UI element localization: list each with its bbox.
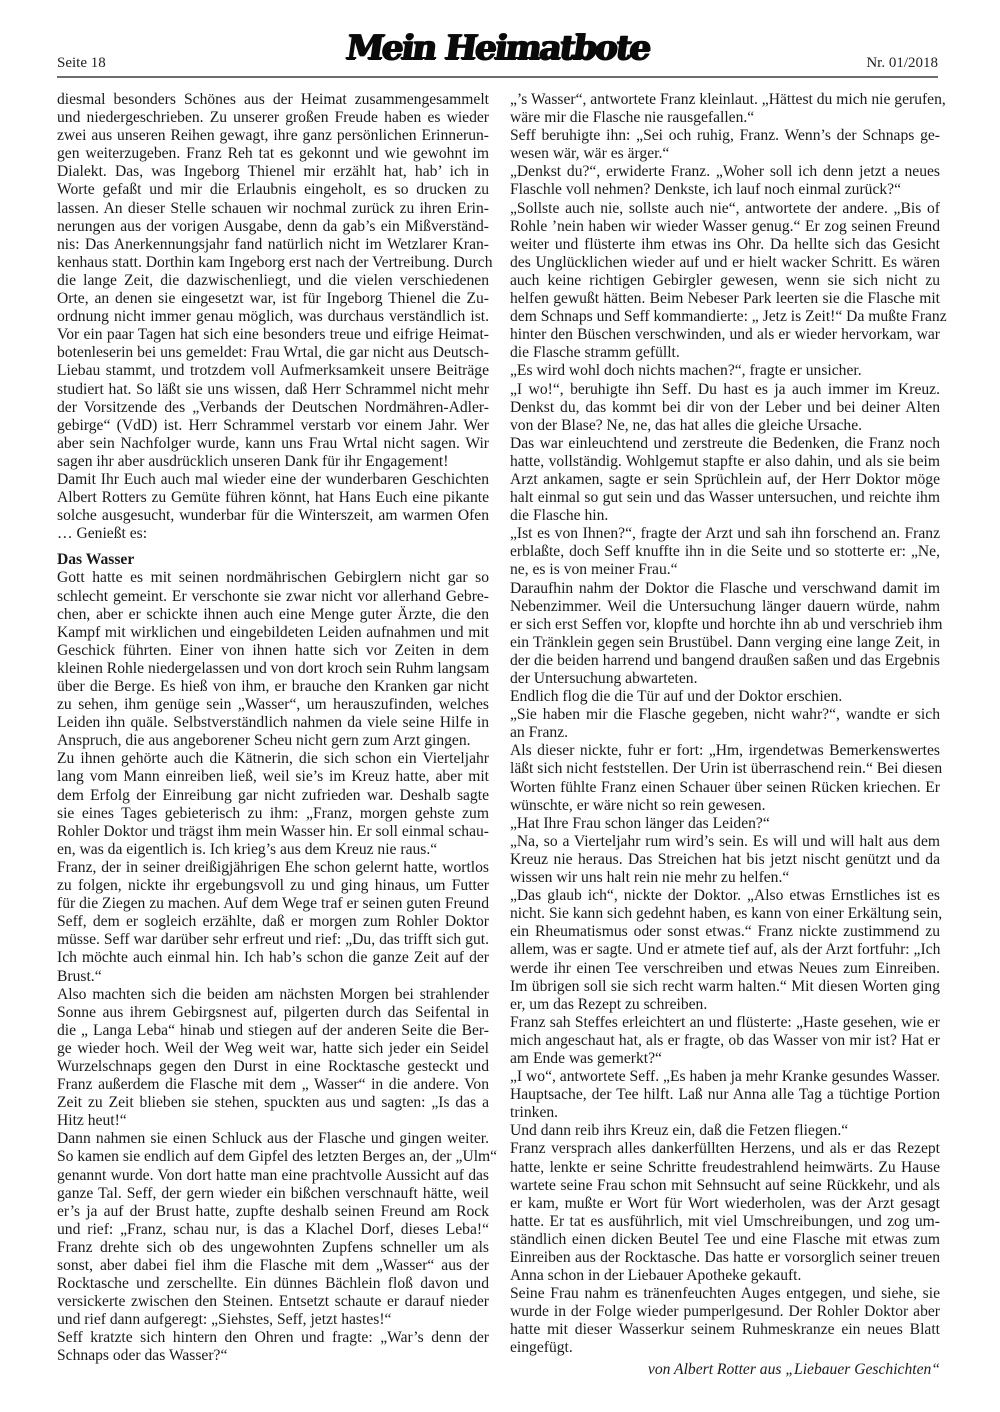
text-line: Also machten sich die beiden am nächsten…	[57, 986, 489, 1004]
text-line: wissen wir uns halt rein nie mehr zu hel…	[510, 869, 940, 887]
text-line: über die Berge. Es hieß von ihm, er brau…	[57, 678, 489, 696]
text-line: wäre mir die Flasche nie rausgefallen.“	[510, 109, 940, 127]
text-line: Seine Frau nahm es tränenfeuchten Auges …	[510, 1285, 940, 1303]
paragraph: Also machten sich die beiden am nächsten…	[57, 986, 489, 1131]
text-line: Albert Rotters zu Gemüte führen könnt, h…	[57, 489, 489, 507]
text-line: Seff beruhigte ihn: „Sei och ruhig, Fran…	[510, 127, 940, 145]
paragraph: „I wo!“, beruhigte ihn Seff. Du hast es …	[510, 381, 940, 435]
text-line: ordnung nicht immer genau möglich, was d…	[57, 308, 489, 326]
text-line: zu folgen, nickte ihr ergebungsvoll zu u…	[57, 877, 489, 895]
text-line: für die Ziegen zu machen. Auf dem Wege t…	[57, 895, 489, 913]
paragraph: Seff kratzte sich hintern den Ohren und …	[57, 1329, 489, 1365]
paragraph: Zu ihnen gehörte auch die Kätnerin, die …	[57, 750, 489, 859]
masthead-logo: Mein Heimatbote	[343, 28, 652, 68]
text-line: „Sie haben mir die Flasche gegeben, nich…	[510, 706, 940, 724]
paragraph: „Denkst du?“, erwiderte Franz. „Woher so…	[510, 163, 940, 199]
text-line: „I wo!“, beruhigte ihn Seff. Du hast es …	[510, 381, 940, 399]
text-line: sonst, aber dabei fiel ihm die Flasche m…	[57, 1257, 489, 1275]
text-line: hatte, lenkte er seine Schritte freudest…	[510, 1159, 940, 1177]
text-line: Orte, an denen sie eingesetzt war, ist f…	[57, 290, 489, 308]
text-line: Damit Ihr Euch auch mal wieder eine der …	[57, 471, 489, 489]
text-line: ein Rheumatismus oder sonst etwas.“ Fran…	[510, 923, 940, 941]
text-line: Zu ihnen gehörte auch die Kätnerin, die …	[57, 750, 489, 768]
story-text-right: „’s Wasser“, antwortete Franz kleinlaut.…	[510, 91, 940, 1358]
paragraph: Damit Ihr Euch auch mal wieder eine der …	[57, 471, 489, 543]
text-line: hatte mit dieser Wasserkur seinem Ruhmes…	[510, 1321, 940, 1339]
text-line: Rohler Doktor und trägst ihm mein Wasser…	[57, 823, 489, 841]
text-line: Hauptsache, der Tee hilft. Laß nur Anna …	[510, 1086, 940, 1104]
text-line: an Franz.	[510, 724, 940, 742]
text-line: die lange Zeit, die dazwischenliegt, und…	[57, 272, 489, 290]
text-line: Und dann reib ihrs Kreuz ein, daß die Fe…	[510, 1122, 940, 1140]
text-line: „Denkst du?“, erwiderte Franz. „Woher so…	[510, 163, 940, 181]
text-line: Als dieser nickte, fuhr er fort: „Hm, ir…	[510, 742, 940, 760]
paragraph: Und dann reib ihrs Kreuz ein, daß die Fe…	[510, 1122, 940, 1140]
text-line: wesen wär, wär es ärger.“	[510, 145, 940, 163]
text-line: läßt sich nicht feststellen. Der Urin is…	[510, 760, 940, 778]
text-line: nis: Das Anerkennungsjahr fand natürlich…	[57, 236, 489, 254]
paragraph: „Sollste auch nie, sollste auch nie“, an…	[510, 200, 940, 363]
text-line: zu sehen, ihm genüge sein „Wasser“, um h…	[57, 696, 489, 714]
text-line: sie eines Tages gebieterisch zu ihm: „Fr…	[57, 805, 489, 823]
story-title: Das Wasser	[57, 551, 489, 569]
text-line: halt einmal so gut sein und das Wasser u…	[510, 489, 940, 507]
text-line: ein Tränklein gegen sein Brustübel. Dann…	[510, 634, 940, 652]
text-line: Zeit zu Zeit blieben sie stehen, spuckte…	[57, 1094, 489, 1112]
text-line: werde ihr einen Tee verschreiben und etw…	[510, 960, 940, 978]
text-line: auch keine richtigen Gebirgler gewesen, …	[510, 272, 940, 290]
text-line: schlecht gemeint. Er verschonte sie zwar…	[57, 588, 489, 606]
text-line: Sonne aus ihrem Gebirgsnest auf, pilgert…	[57, 1004, 489, 1022]
text-line: am Ende was gemerkt?“	[510, 1050, 940, 1068]
text-line: diesmal besonders Schönes aus der Heimat…	[57, 91, 489, 109]
text-line: Gott hatte es mit seinen nordmährischen …	[57, 569, 489, 587]
text-line: chen, aber er schickte ihnen auch eine M…	[57, 606, 489, 624]
text-line: Franz außerdem die Flasche mit dem „ Was…	[57, 1076, 489, 1094]
text-line: aber sein Nachfolger wurde, kann uns Fra…	[57, 435, 489, 453]
paragraph: Dann nahmen sie einen Schluck aus der Fl…	[57, 1130, 489, 1329]
text-line: Rocktasche und zerschellte. Ein dünnes B…	[57, 1275, 489, 1293]
paragraph: Als dieser nickte, fuhr er fort: „Hm, ir…	[510, 742, 940, 814]
text-line: Seff kratzte sich hintern den Ohren und …	[57, 1329, 489, 1347]
text-line: kleinen Rohle niedergelassen und von dor…	[57, 660, 489, 678]
paragraph: „Das glaub ich“, nickte der Doktor. „Als…	[510, 887, 940, 1014]
text-line: die Flasche stramm gefüllt.	[510, 344, 940, 362]
paragraph: Seff beruhigte ihn: „Sei och ruhig, Fran…	[510, 127, 940, 163]
text-line: ge wieder hoch. Weil der Weg weit war, h…	[57, 1040, 489, 1058]
text-line: hinter den Büschen verschwinden, und als…	[510, 326, 940, 344]
text-line: der die beiden harrend und bangend drauß…	[510, 652, 940, 670]
text-line: allem, was er sagte. Und er atmete tief …	[510, 941, 940, 959]
paragraph: „I wo“, antwortete Seff. „Es haben ja me…	[510, 1068, 940, 1122]
text-line: und niedergeschrieben. Zu unserer großen…	[57, 109, 489, 127]
text-line: genannt wurde. Von dort hatte man eine p…	[57, 1167, 489, 1185]
text-line: „Es wird wohl doch nichts machen?“, frag…	[510, 362, 940, 380]
left-column: diesmal besonders Schönes aus der Heimat…	[57, 91, 489, 1366]
text-line: nerungen aus der vorigen Ausgabe, denn d…	[57, 218, 489, 236]
text-line: die „ Langa Leba“ hinab und stiegen auf …	[57, 1022, 489, 1040]
paragraph: „Hat Ihre Frau schon länger das Leiden?“	[510, 815, 940, 833]
text-line: hatte. Er tat es ausführlich, mit viel U…	[510, 1213, 940, 1231]
issue-number: Nr. 01/2018	[866, 55, 938, 72]
text-line: Wurzelschnaps gegen den Durst in eine Ro…	[57, 1058, 489, 1076]
text-line: ne, es is von meiner Frau.“	[510, 561, 940, 579]
paragraph: „’s Wasser“, antwortete Franz kleinlaut.…	[510, 91, 940, 127]
paragraph: diesmal besonders Schönes aus der Heimat…	[57, 91, 489, 471]
text-line: Franz versprach alles dankerfüllten Herz…	[510, 1140, 940, 1158]
text-line: er, um das Rezept zu schreiben.	[510, 996, 940, 1014]
text-line: Franz drehte sich ob des ungewohnten Zup…	[57, 1239, 489, 1257]
author-byline: von Albert Rotter aus „Liebauer Geschich…	[510, 1361, 940, 1379]
paragraph: Gott hatte es mit seinen nordmährischen …	[57, 569, 489, 750]
text-line: Worten fühlte Franz einen Schauer über s…	[510, 779, 940, 797]
text-line: weiter und flüsterte ihm etwas ins Ohr. …	[510, 236, 940, 254]
text-line: Arzt ankamen, sagte er sein Sprüchlein a…	[510, 471, 940, 489]
text-line: gen weiterzugeben. Franz Reh tat es geko…	[57, 145, 489, 163]
text-line: dem Schnaps und Seff kommandierte: „ Jet…	[510, 308, 940, 326]
text-line: Ich möchte auch einmal hin. Ich hab’s sc…	[57, 949, 489, 967]
text-line: nicht. Sie kann sich gedehnt haben, es k…	[510, 905, 940, 923]
text-line: „Ist es von Ihnen?“, fragte der Arzt und…	[510, 525, 940, 543]
text-line: er kam, mußte er Wort für Wort wiederhol…	[510, 1195, 940, 1213]
text-line: kenhaus statt. Dorthin kam Ingeborg erst…	[57, 254, 489, 272]
text-line: Hitz heut!“	[57, 1112, 489, 1130]
text-line: Franz sah Steffes erleichtert an und flü…	[510, 1014, 940, 1032]
text-line: Brust.“	[57, 968, 489, 986]
text-line: Im übrigen soll sie sich recht warm halt…	[510, 978, 940, 996]
text-line: Nebenzimmer. Weil die Untersuchung länge…	[510, 598, 940, 616]
text-line: mich angeschaut hat, als er fragte, ob d…	[510, 1032, 940, 1050]
paragraph: Das war einleuchtend und zerstreute die …	[510, 435, 940, 525]
text-line: versickerte zwischen den Steinen. Entset…	[57, 1293, 489, 1311]
text-line: studiert hat. So läßt sie uns wissen, da…	[57, 381, 489, 399]
text-line: So kamen sie endlich auf dem Gipfel des …	[57, 1148, 489, 1166]
text-line: Endlich flog die die Tür auf und der Dok…	[510, 688, 940, 706]
text-line: helfen gewußt hätten. Beim Nebeser Park …	[510, 290, 940, 308]
text-line: Anspruch, die aus angeborener Scheu nich…	[57, 732, 489, 750]
text-line: Dialekt. Das, was Ingeborg Thienel mir e…	[57, 163, 489, 181]
paragraph: Seine Frau nahm es tränenfeuchten Auges …	[510, 1285, 940, 1357]
text-line: „Das glaub ich“, nickte der Doktor. „Als…	[510, 887, 940, 905]
text-line: Vor ein paar Tagen hat sich eine besonde…	[57, 326, 489, 344]
text-line: „Hat Ihre Frau schon länger das Leiden?“	[510, 815, 940, 833]
text-line: Franz, der in seiner dreißigjährigen Ehe…	[57, 859, 489, 877]
text-line: sagen ihr aber ausdrücklich unseren Dank…	[57, 453, 489, 471]
text-line: ständlich einen dicken Beutel Tee und ei…	[510, 1231, 940, 1249]
text-line: dem Erfolg der Einreibung gar nicht zufr…	[57, 787, 489, 805]
intro-text: diesmal besonders Schönes aus der Heimat…	[57, 91, 489, 543]
paragraph: Franz sah Steffes erleichtert an und flü…	[510, 1014, 940, 1068]
text-line: en, was da eigentlich is. Ich krieg’s au…	[57, 841, 489, 859]
paragraph: „Ist es von Ihnen?“, fragte der Arzt und…	[510, 525, 940, 579]
text-line: wünschte, er wäre nicht so rein gewesen.	[510, 797, 940, 815]
text-line: Daraufhin nahm der Doktor die Flasche un…	[510, 580, 940, 598]
text-line: Dann nahmen sie einen Schluck aus der Fl…	[57, 1130, 489, 1148]
text-line: wartete seine Frau schon mit Sehnsucht a…	[510, 1177, 940, 1195]
text-line: … Genießt es:	[57, 525, 489, 543]
paragraph: „Es wird wohl doch nichts machen?“, frag…	[510, 362, 940, 380]
text-line: Liebau stammt, und trotzdem voll Aufmerk…	[57, 362, 489, 380]
text-line: Seff, dem er sogleich erzählte, daß er m…	[57, 913, 489, 931]
text-line: und rief dann aufgeregt: „Siehstes, Seff…	[57, 1311, 489, 1329]
page-number: Seite 18	[57, 55, 106, 72]
text-line: Leiden ihn quäle. Selbstverständlich nah…	[57, 714, 489, 732]
paragraph: Daraufhin nahm der Doktor die Flasche un…	[510, 580, 940, 689]
text-line: lang vom Mann einreiben ließ, weil sie’s…	[57, 768, 489, 786]
text-line: „’s Wasser“, antwortete Franz kleinlaut.…	[510, 91, 940, 109]
paragraph: Franz, der in seiner dreißigjährigen Ehe…	[57, 859, 489, 986]
right-column: „’s Wasser“, antwortete Franz kleinlaut.…	[510, 91, 940, 1379]
text-line: eingefügt.	[510, 1339, 940, 1357]
text-line: solche ausgesucht, wunderbar für die Win…	[57, 507, 489, 525]
text-line: er’s ja auf der Brust hatte, zupfte desh…	[57, 1203, 489, 1221]
text-line: „I wo“, antwortete Seff. „Es haben ja me…	[510, 1068, 940, 1086]
paragraph: „Na, so a Vierteljahr rum wird’s sein. E…	[510, 833, 940, 887]
text-line: Kampf mit wirklichen und eingebildeten L…	[57, 624, 489, 642]
text-line: Schnaps oder das Wasser?“	[57, 1347, 489, 1365]
text-line: und rief: „Franz, schau nur, is das a Kl…	[57, 1221, 489, 1239]
text-line: Worte gefaßt und mir die Erlaubnis einge…	[57, 181, 489, 199]
text-line: Flaschle voll nehmen? Denkste, ich lauf …	[510, 181, 940, 199]
text-line: erblaßte, doch Seff knuffte ihn in die S…	[510, 543, 940, 561]
text-line: Einreiben aus der Rocktasche. Das hatte …	[510, 1249, 940, 1267]
text-line: trinken.	[510, 1104, 940, 1122]
text-line: Anna schon in der Liebauer Apotheke geka…	[510, 1267, 940, 1285]
text-line: des Unglücklichen wieder auf und er hiel…	[510, 254, 940, 272]
text-line: ganze Tal. Seff, der gern wieder ein biß…	[57, 1185, 489, 1203]
page-header: Seite 18 Mein Heimatbote Nr. 01/2018	[57, 28, 938, 78]
text-line: „Sollste auch nie, sollste auch nie“, an…	[510, 200, 940, 218]
text-line: botenleserin bei uns gemeldet: Frau Wrta…	[57, 344, 489, 362]
text-line: gebirge“ (VdD) ist. Herr Schrammel verst…	[57, 417, 489, 435]
text-line: lassen. An dieser Stelle schauen wir noc…	[57, 200, 489, 218]
paragraph: Franz versprach alles dankerfüllten Herz…	[510, 1140, 940, 1285]
paragraph: Endlich flog die die Tür auf und der Dok…	[510, 688, 940, 706]
text-line: „Na, so a Vierteljahr rum wird’s sein. E…	[510, 833, 940, 851]
text-line: er sich erst Seffen vor, klopfte und hor…	[510, 616, 940, 634]
text-line: wurde in der Folge wieder pumperlgesund.…	[510, 1303, 940, 1321]
text-line: Denkst du, das kommt bei dir von der Leb…	[510, 399, 940, 417]
text-line: die Flasche hin.	[510, 507, 940, 525]
text-line: zwei aus unseren Reihen gewagt, ihre gan…	[57, 127, 489, 145]
text-line: Geschick führten. Einer von ihnen hatte …	[57, 642, 489, 660]
paragraph: „Sie haben mir die Flasche gegeben, nich…	[510, 706, 940, 742]
text-line: der Untersuchung abwarteten.	[510, 670, 940, 688]
text-line: Das war einleuchtend und zerstreute die …	[510, 435, 940, 453]
text-line: der Vorsitzende des „Verbands der Deutsc…	[57, 399, 489, 417]
story-text-left: Gott hatte es mit seinen nordmährischen …	[57, 569, 489, 1365]
text-line: von der Blase? Ne, ne, das hat alles die…	[510, 417, 940, 435]
text-line: hatte, vollständig. Wohlgemut stapfte er…	[510, 453, 940, 471]
text-line: Rohle ’nein haben wir wieder Wasser genu…	[510, 218, 940, 236]
text-line: müsse. Seff war darüber sehr erfreut und…	[57, 931, 489, 949]
text-line: Kreuz nie heraus. Das Streichen hat bis …	[510, 851, 940, 869]
